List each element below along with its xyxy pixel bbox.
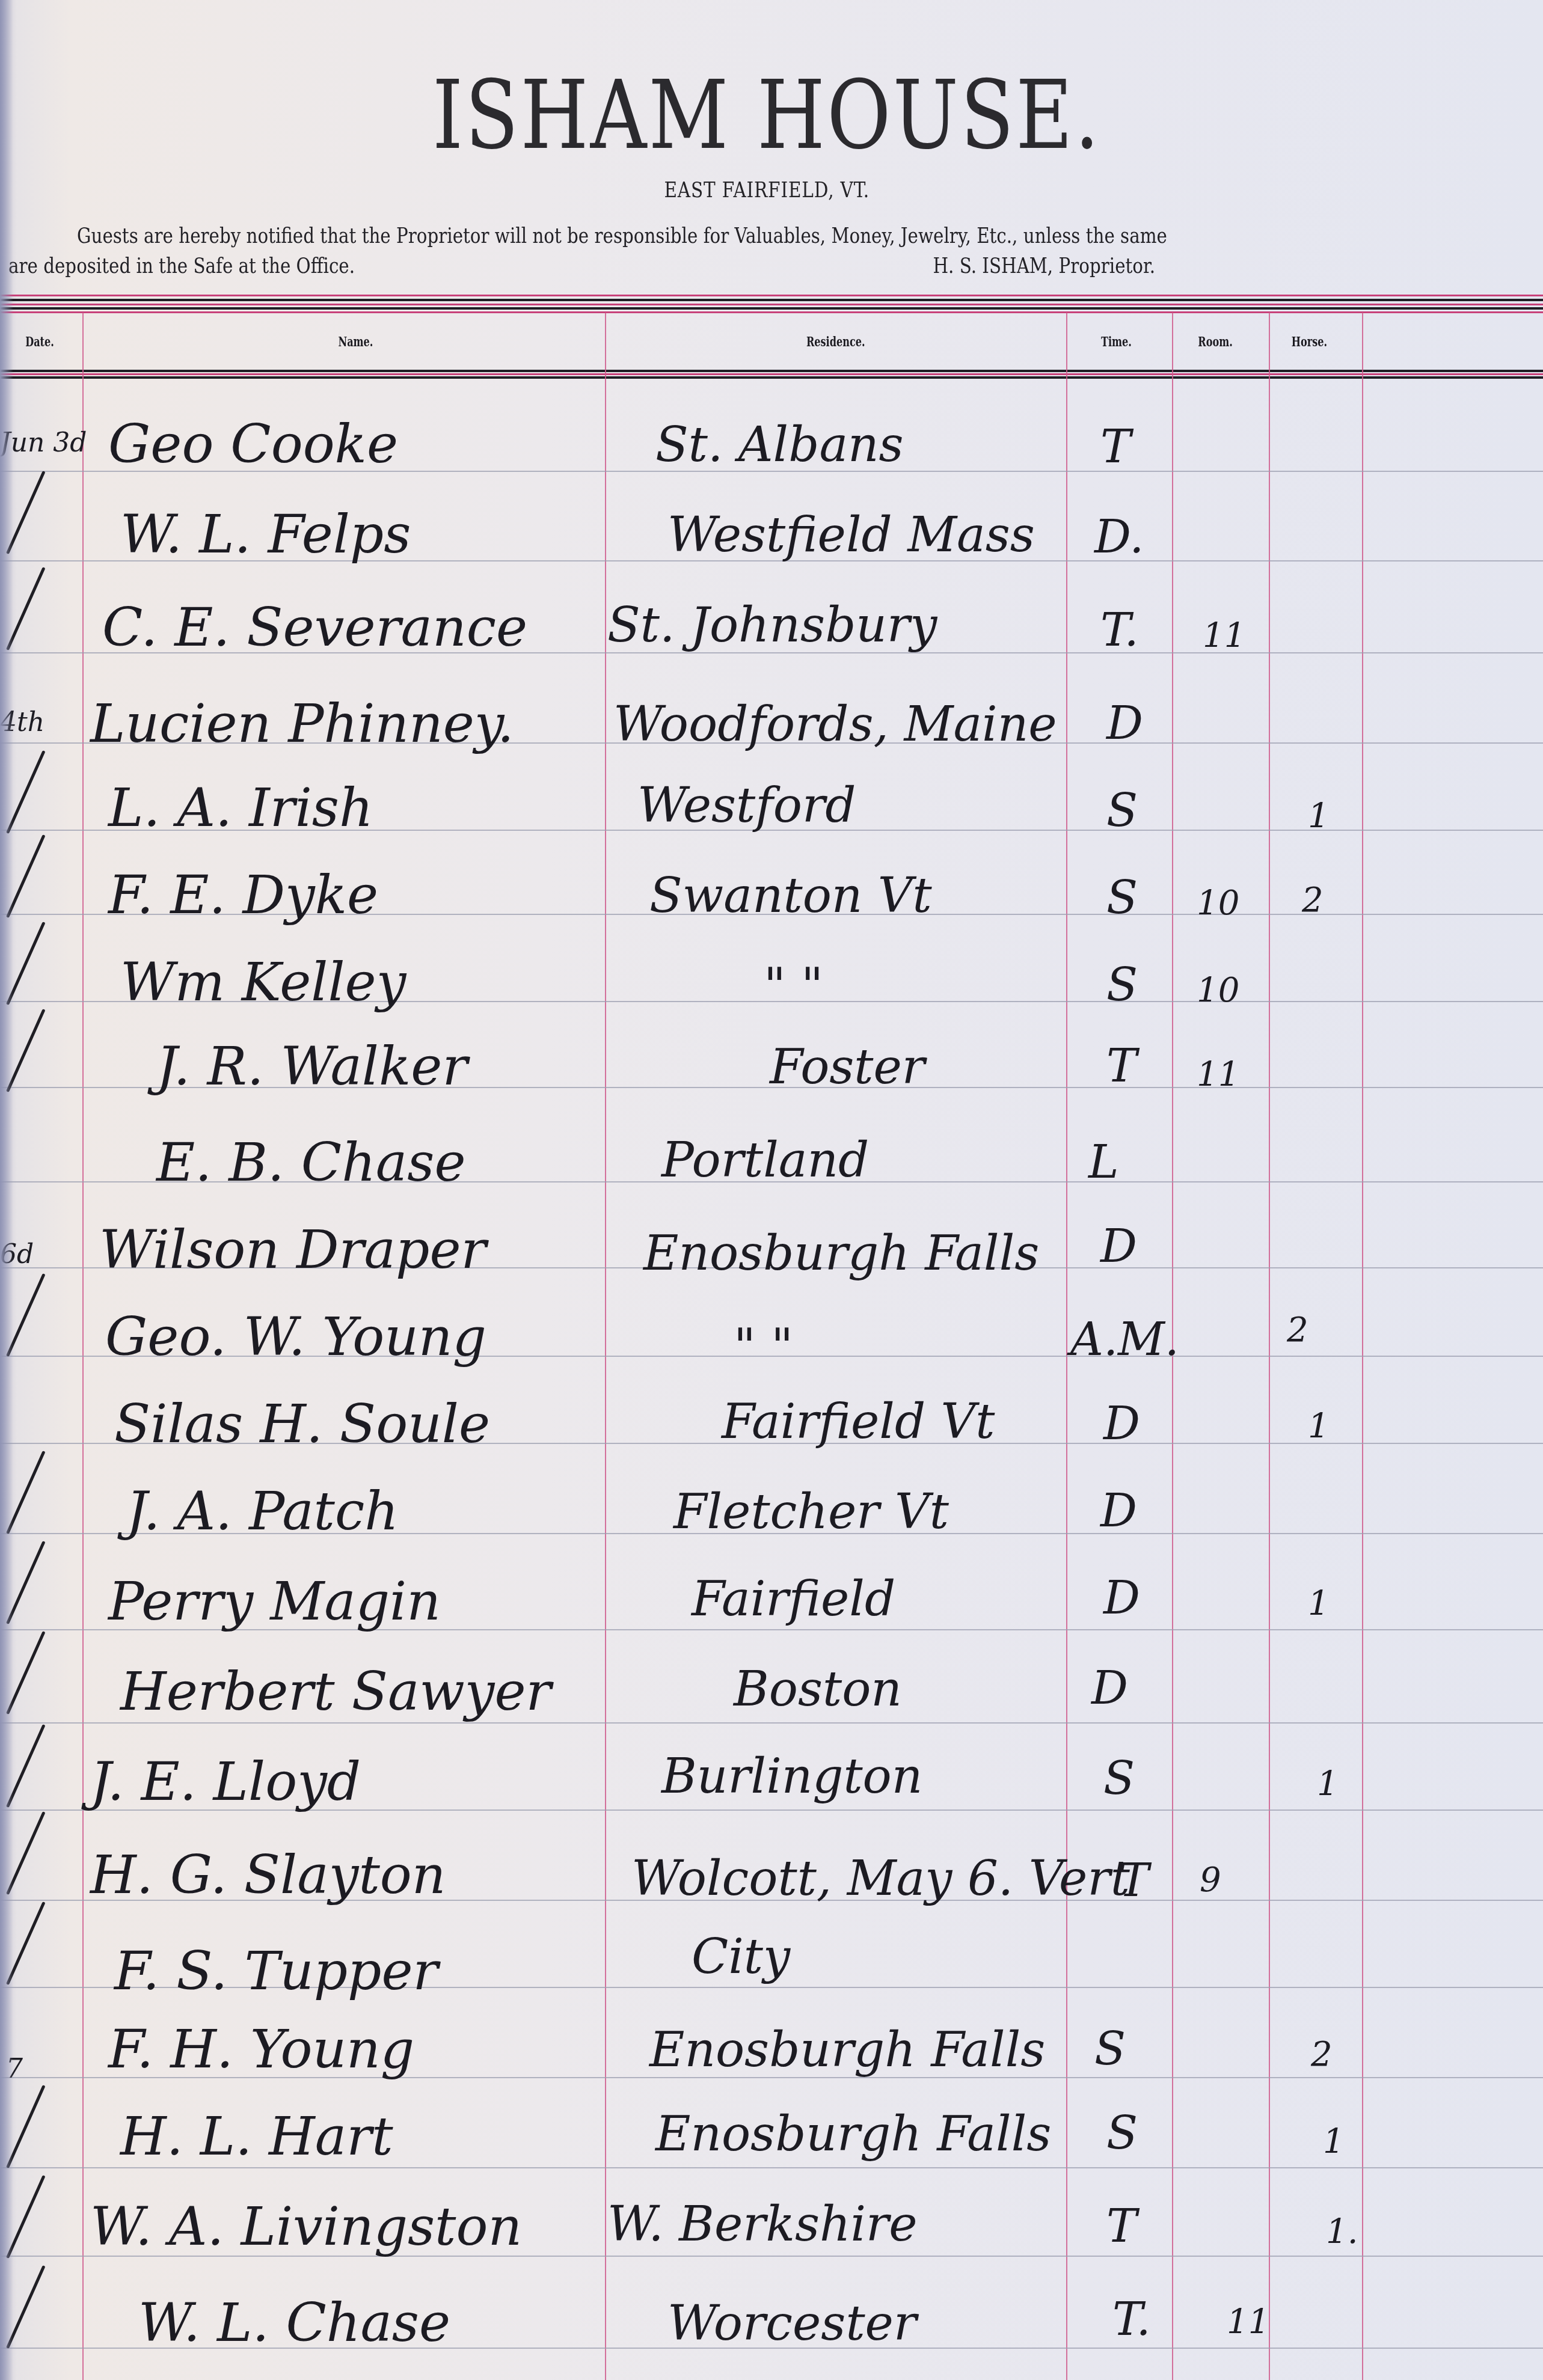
entry-time: S: [1106, 875, 1138, 920]
notice-line-2-wrap: are deposited in the Safe at the Office.…: [8, 251, 1302, 281]
notice-line-1: Guests are hereby notified that the Prop…: [8, 221, 1204, 251]
entry-name: J. A. Patch: [126, 1485, 399, 1538]
entry-date: 7: [6, 2056, 23, 2082]
entry-name: Herbert Sawyer: [120, 1665, 551, 1718]
entry-room: 10: [1197, 887, 1239, 920]
top-rule: [0, 304, 1543, 305]
entry-residence: Worcester: [667, 2299, 916, 2348]
entry-time: T: [1106, 2203, 1137, 2249]
entry-time: S: [1106, 2110, 1138, 2156]
entry-time: T: [1106, 1043, 1137, 1089]
entry-time: T.: [1112, 2296, 1151, 2342]
entry-residence: Enosburgh Falls: [649, 2026, 1045, 2074]
residence-column-divider: [1066, 313, 1067, 2380]
entry-residence: St. Albans: [655, 421, 904, 469]
checkmark-icon: [6, 2085, 46, 2168]
checkmark-icon: [6, 2175, 46, 2259]
entry-time: L: [1088, 1139, 1118, 1185]
entry-residence: Portland: [661, 1136, 869, 1184]
entry-residence: St. Johnsbury: [607, 601, 937, 649]
checkmark-icon: [6, 1811, 46, 1895]
entry-time: S: [1106, 788, 1138, 833]
entry-name: J. R. Walker: [156, 1040, 467, 1093]
header-rule: [0, 370, 1543, 372]
entry-room: 9: [1200, 1864, 1221, 1897]
entry-name: F. E. Dyke: [108, 869, 378, 922]
header-rule: [0, 373, 1543, 375]
entry-room: 10: [1197, 974, 1239, 1008]
checkmark-icon: [6, 1631, 46, 1715]
entry-residence: Enosburgh Falls: [655, 2110, 1051, 2158]
entry-residence: City: [692, 1933, 790, 1981]
entry-time: S: [1094, 2026, 1126, 2072]
hotel-title: ISHAM HOUSE.: [134, 60, 1399, 171]
entry-name: F. S. Tupper: [114, 1945, 438, 1998]
checkmark-icon: [6, 471, 46, 554]
entry-name: E. B. Chase: [156, 1136, 466, 1189]
date-column-divider: [82, 313, 84, 2380]
column-header-room: Room.: [1198, 334, 1232, 350]
name-column-divider: [605, 313, 606, 2380]
entry-date: 6d: [0, 1241, 34, 1268]
row-rule: [0, 2167, 1543, 2168]
checkmark-icon: [6, 1724, 46, 1808]
entry-residence: Fairfield Vt: [722, 1398, 995, 1446]
entry-time: D.: [1094, 514, 1144, 560]
entry-horse: 1: [1308, 1587, 1330, 1621]
entry-room: 11: [1197, 1058, 1239, 1092]
entry-time: S: [1103, 1755, 1135, 1801]
entry-residence: W. Berkshire: [607, 2200, 918, 2248]
entry-time: D: [1100, 1223, 1137, 1269]
entry-horse: 2: [1287, 1314, 1308, 1347]
entry-residence: Boston: [734, 1665, 902, 1713]
top-rule: [0, 311, 1543, 313]
checkmark-icon: [6, 2265, 46, 2349]
column-header-time: Time.: [1101, 334, 1132, 350]
entry-date: 4th: [0, 709, 44, 736]
entry-date: Jun 3d: [0, 430, 87, 456]
entry-residence: Fletcher Vt: [673, 1488, 949, 1536]
entry-name: Lucien Phinney.: [90, 697, 514, 750]
hotel-location: EAST FAIRFIELD, VT.: [134, 178, 1399, 203]
checkmark-icon: [6, 567, 46, 650]
column-header-date: Date.: [25, 334, 54, 350]
top-rule: [0, 299, 1543, 301]
entry-time: T.: [1100, 607, 1139, 653]
entry-horse: 1: [1308, 1410, 1330, 1443]
entry-name: C. E. Severance: [102, 601, 527, 654]
entry-horse: 2: [1311, 2038, 1333, 2072]
entry-residence: Woodfords, Maine: [613, 700, 1057, 748]
top-rule: [0, 307, 1543, 310]
entry-time: D: [1106, 700, 1143, 746]
entry-residence: Westford: [637, 782, 856, 830]
entry-residence: " ": [764, 962, 823, 1010]
entry-time: A.M.: [1070, 1317, 1179, 1362]
entry-time: D: [1103, 1401, 1140, 1446]
entry-name: Wilson Draper: [99, 1223, 486, 1276]
entry-residence: Foster: [770, 1043, 925, 1091]
entry-name: Geo. W. Young: [105, 1311, 486, 1363]
row-rule: [0, 1722, 1543, 1724]
entry-room: 11: [1227, 2305, 1269, 2339]
entry-time: T: [1118, 1858, 1149, 1903]
entry-horse: 1: [1317, 1767, 1339, 1801]
notice-line-2: are deposited in the Safe at the Office.: [8, 251, 355, 281]
column-header-name: Name.: [338, 334, 373, 350]
register-page: ISHAM HOUSE. EAST FAIRFIELD, VT. Guests …: [0, 0, 1543, 2380]
entry-residence: Enosburgh Falls: [643, 1229, 1039, 1277]
checkmark-icon: [6, 1541, 46, 1624]
checkmark-icon: [6, 750, 46, 834]
entry-name: Wm Kelley: [120, 956, 406, 1009]
entry-horse: 2: [1302, 884, 1324, 917]
entry-time: S: [1106, 962, 1138, 1008]
entry-time: D: [1100, 1488, 1137, 1534]
checkmark-icon: [6, 1901, 46, 1985]
checkmark-icon: [6, 922, 46, 1005]
column-header-residence: Residence.: [806, 334, 865, 350]
header-rule: [0, 376, 1543, 379]
entry-time: T: [1100, 424, 1131, 470]
entry-name: W. L. Felps: [120, 508, 411, 561]
entry-residence: Wolcott, May 6. Vert: [631, 1855, 1130, 1903]
top-rule: [0, 295, 1543, 296]
proprietor-signature: H. S. ISHAM, Proprietor.: [933, 251, 1155, 281]
entry-time: D: [1091, 1665, 1128, 1711]
checkmark-icon: [6, 834, 46, 918]
entry-residence: Westfield Mass: [667, 511, 1035, 559]
entry-name: W. A. Livingston: [90, 2200, 522, 2253]
entry-name: W. L. Chase: [138, 2296, 450, 2349]
checkmark-icon: [6, 1451, 46, 1534]
guest-notice: Guests are hereby notified that the Prop…: [8, 221, 1476, 281]
checkmark-icon: [6, 1009, 46, 1092]
entry-name: Geo Cooke: [108, 418, 398, 471]
entry-room: 11: [1203, 619, 1245, 653]
entry-residence: " ": [734, 1323, 793, 1371]
entry-residence: Fairfield: [692, 1575, 895, 1623]
entry-horse: 1.: [1326, 2215, 1358, 2249]
entry-name: Perry Magin: [108, 1575, 441, 1628]
entry-name: J. E. Lloyd: [90, 1755, 361, 1808]
entry-name: Silas H. Soule: [114, 1398, 490, 1451]
entry-name: F. H. Young: [108, 2023, 414, 2076]
checkmark-icon: [6, 1273, 46, 1357]
entry-name: H. L. Hart: [120, 2110, 393, 2163]
room-column-divider: [1269, 313, 1270, 2380]
entry-residence: Swanton Vt: [649, 872, 932, 920]
horse-column-divider: [1362, 313, 1363, 2380]
column-header-horse: Horse.: [1292, 334, 1327, 350]
entry-horse: 1: [1323, 2125, 1345, 2159]
entry-name: H. G. Slayton: [90, 1849, 446, 1901]
entry-time: D: [1103, 1575, 1140, 1621]
entry-residence: Burlington: [661, 1752, 922, 1800]
entry-name: L. A. Irish: [108, 782, 373, 834]
entry-horse: 1: [1308, 800, 1330, 833]
